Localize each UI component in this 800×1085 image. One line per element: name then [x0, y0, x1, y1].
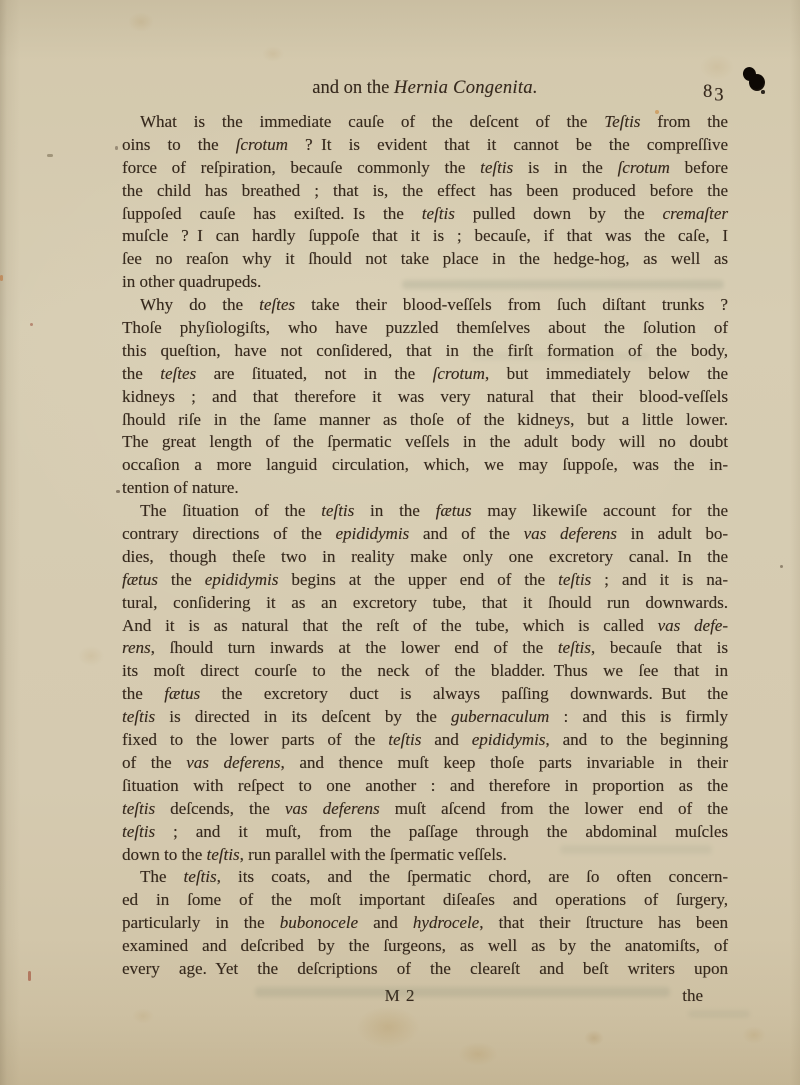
header-title-italic: Hernia Congenita.: [394, 78, 538, 98]
speck: [0, 275, 3, 281]
text-line: The great length of the ſpermatic veſſel…: [122, 431, 728, 454]
header-title: and on the Hernia Congenita.: [312, 78, 538, 98]
text-line: kidneys ; and that therefore it was very…: [122, 386, 728, 409]
header-title-roman: and on the: [312, 78, 394, 98]
red-mark: [28, 971, 31, 981]
bleed-through-line: [688, 1010, 750, 1018]
speck: [30, 323, 33, 326]
speck: [116, 490, 120, 493]
text-line: of the vas deferens, and thence muſt kee…: [122, 752, 728, 775]
stain: [132, 1008, 154, 1024]
text-line: oins to the ſcrotum ? It is evident that…: [122, 134, 728, 157]
bleed-through-line: [560, 845, 712, 854]
stain: [584, 1030, 604, 1046]
text-line: every age. Yet the deſcriptions of the c…: [122, 958, 728, 981]
bleed-through-line: [402, 280, 724, 289]
text-line: teſtis is directed in its deſcent by the…: [122, 706, 728, 729]
text-line: tention of nature.: [122, 477, 728, 500]
speck: [780, 565, 783, 568]
ink-blot-drop: [761, 90, 765, 94]
text-line: ſituation with reſpect to one another : …: [122, 775, 728, 798]
text-line: force of reſpiration, becauſe commonly t…: [122, 157, 728, 180]
text-line: tural, conſidering it as an excretory tu…: [122, 592, 728, 615]
bleed-through-line: [255, 987, 670, 997]
text-line: the teſtes are ſituated, not in the ſcro…: [122, 363, 728, 386]
text-line: teſtis deſcends, the vas deferens muſt a…: [122, 798, 728, 821]
text-line: muſcle ? I can hardly ſuppoſe that it is…: [122, 225, 728, 248]
text-line: The teſtis, its coats, and the ſpermatic…: [122, 866, 728, 889]
page-number: 83: [703, 81, 726, 104]
text-line: dies, though theſe two in reality make o…: [122, 546, 728, 569]
ink-blot-drop: [749, 74, 765, 91]
running-header: and on the Hernia Congenita.: [122, 77, 728, 100]
text-line: the child has breathed ; that is, the ef…: [122, 180, 728, 203]
stain: [458, 1042, 498, 1066]
book-page: and on the Hernia Congenita. 83 What is …: [0, 0, 800, 1085]
text-line: fixed to the lower parts of the teſtis a…: [122, 729, 728, 752]
text-line: The ſituation of the teſtis in the fætus…: [122, 500, 728, 523]
ink-blot: [740, 64, 772, 100]
text-line: the fætus the excretory duct is always p…: [122, 683, 728, 706]
text-line: particularly in the bubonocele and hydro…: [122, 912, 728, 935]
text-line: fætus the epididymis begins at the upper…: [122, 569, 728, 592]
catchword: the: [682, 984, 703, 1007]
text-line: And it is as natural that the reſt of th…: [122, 615, 728, 638]
text-line: examined and deſcribed by the ſurgeons, …: [122, 935, 728, 958]
text-line: ſee no reaſon why it ſhould not take pla…: [122, 248, 728, 271]
text-line: rens, ſhould turn inwards at the lower e…: [122, 637, 728, 660]
text-line: teſtis ; and it muſt, from the paſſage t…: [122, 821, 728, 844]
bleed-through-line: [470, 352, 650, 360]
speck: [115, 146, 118, 150]
text-line: ſuppoſed cauſe has exiſted. Is the teſti…: [122, 203, 728, 226]
stain: [128, 12, 154, 32]
text-line: ſhould riſe in the ſame manner as thoſe …: [122, 409, 728, 432]
text-line: Why do the teſtes take their blood-veſſe…: [122, 294, 728, 317]
stain: [356, 1006, 420, 1048]
speck: [655, 110, 659, 114]
stain: [78, 646, 104, 666]
stain: [262, 46, 284, 62]
text-line: Thoſe phyſiologiſts, who have puzzled th…: [122, 317, 728, 340]
text-line: occaſion a more languid circulation, whi…: [122, 454, 728, 477]
text-line: its moſt direct courſe to the neck of th…: [122, 660, 728, 683]
text-line: What is the immediate cauſe of the deſce…: [122, 111, 728, 134]
stain: [742, 1026, 766, 1044]
speck: [47, 154, 53, 157]
text-line: contrary directions of the epididymis an…: [122, 523, 728, 546]
stain: [700, 54, 734, 80]
text-line: ed in ſome of the moſt important diſeaſe…: [122, 889, 728, 912]
